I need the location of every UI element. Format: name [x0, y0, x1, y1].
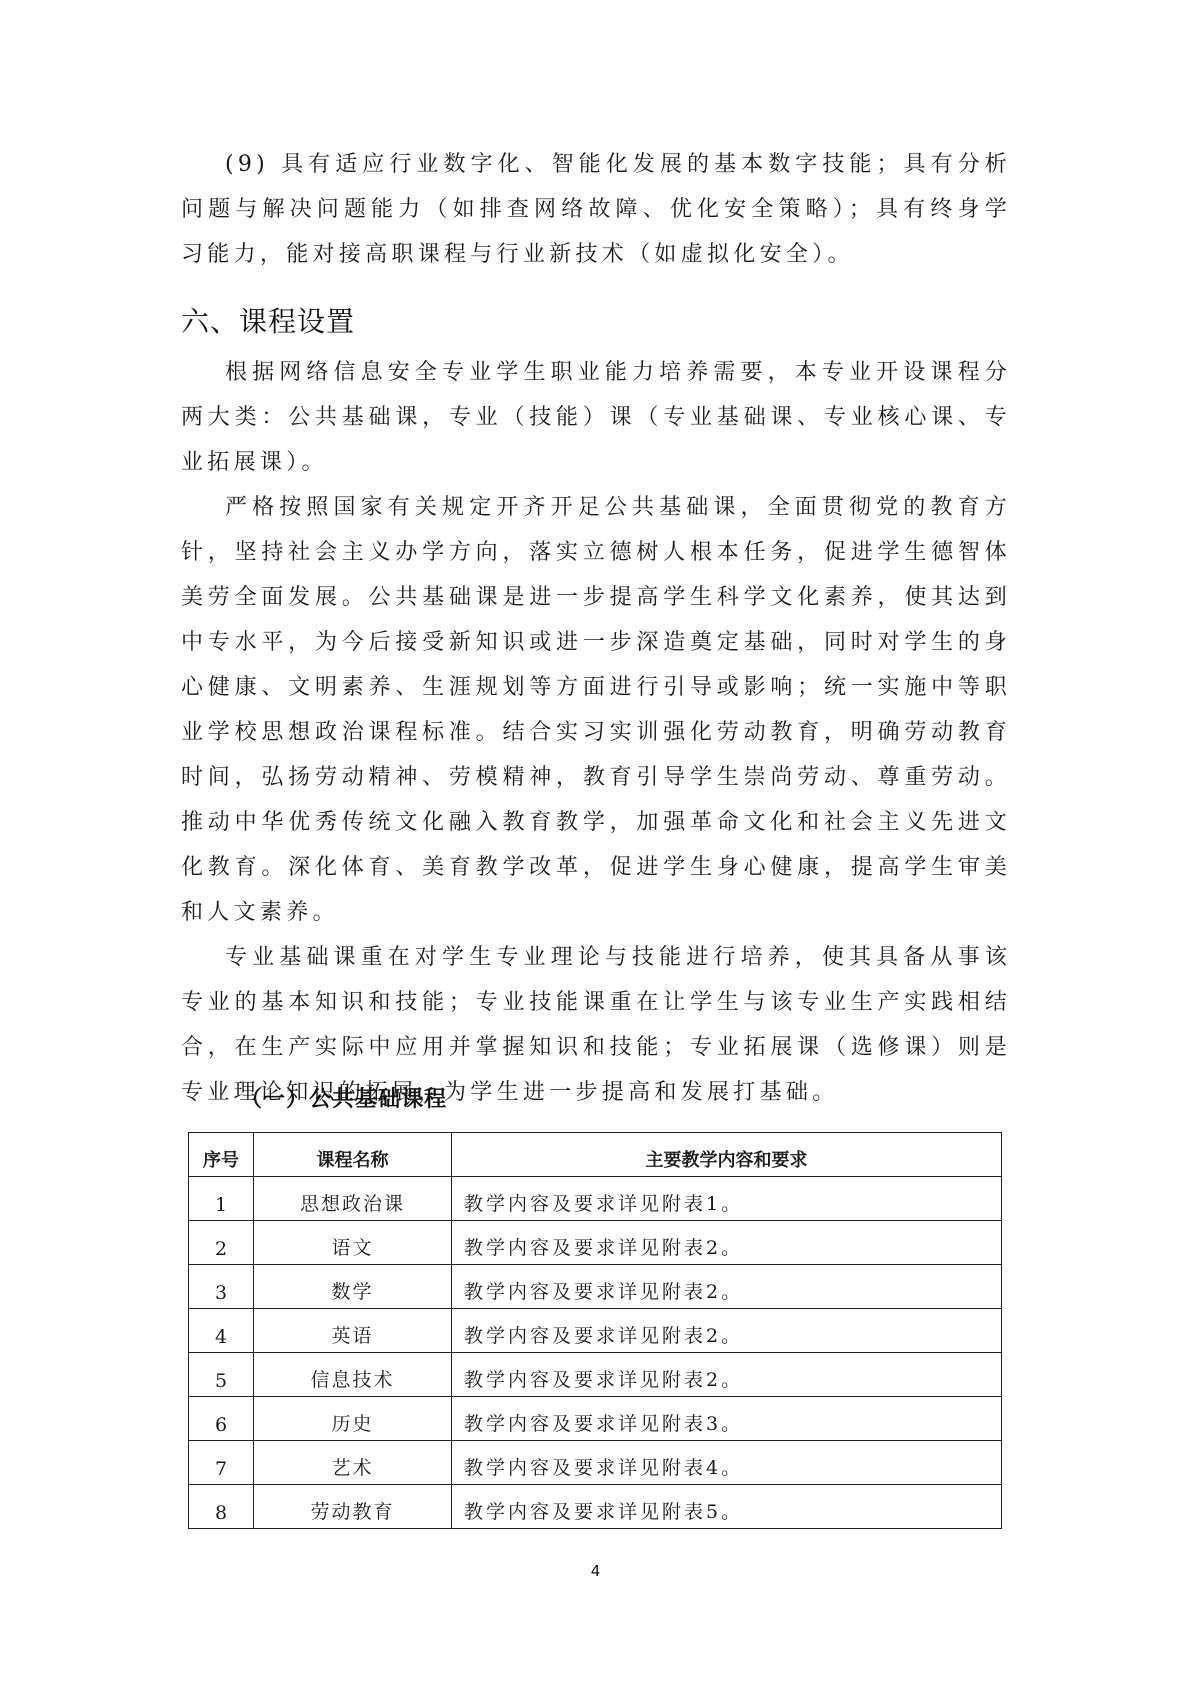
cell-number: 8 [189, 1485, 254, 1529]
table-row: 4 英语 教学内容及要求详见附表2。 [189, 1309, 1002, 1353]
cell-course-name: 历史 [254, 1397, 452, 1441]
page-number: 4 [0, 1562, 1191, 1580]
cell-number: 6 [189, 1397, 254, 1441]
cell-requirements: 教学内容及要求详见附表1。 [452, 1177, 1002, 1221]
cell-course-name: 数学 [254, 1265, 452, 1309]
table-row: 1 思想政治课 教学内容及要求详见附表1。 [189, 1177, 1002, 1221]
cell-requirements: 教学内容及要求详见附表5。 [452, 1485, 1002, 1529]
cell-course-name: 思想政治课 [254, 1177, 452, 1221]
header-number: 序号 [189, 1133, 254, 1177]
table-row: 5 信息技术 教学内容及要求详见附表2。 [189, 1353, 1002, 1397]
cell-number: 7 [189, 1441, 254, 1485]
cell-number: 5 [189, 1353, 254, 1397]
table-row: 2 语文 教学内容及要求详见附表2。 [189, 1221, 1002, 1265]
section-title: 六、课程设置 [181, 300, 355, 340]
cell-number: 4 [189, 1309, 254, 1353]
cell-requirements: 教学内容及要求详见附表2。 [452, 1309, 1002, 1353]
subsection-title: （一）公共基础课程 [240, 1082, 447, 1113]
cell-course-name: 语文 [254, 1221, 452, 1265]
table-row: 7 艺术 教学内容及要求详见附表4。 [189, 1441, 1002, 1485]
header-content-requirements: 主要教学内容和要求 [452, 1133, 1002, 1177]
header-course-name: 课程名称 [254, 1133, 452, 1177]
cell-course-name: 英语 [254, 1309, 452, 1353]
table-row: 3 数学 教学内容及要求详见附表2。 [189, 1265, 1002, 1309]
item-9-paragraph: (9) 具有适应行业数字化、智能化发展的基本数字技能；具有分析问题与解决问题能力… [181, 142, 1011, 277]
document-page: (9) 具有适应行业数字化、智能化发展的基本数字技能；具有分析问题与解决问题能力… [0, 0, 1191, 1684]
cell-requirements: 教学内容及要求详见附表2。 [452, 1353, 1002, 1397]
cell-requirements: 教学内容及要求详见附表3。 [452, 1397, 1002, 1441]
section-body: 根据网络信息安全专业学生职业能力培养需要，本专业开设课程分两大类：公共基础课，专… [181, 350, 1011, 1115]
paragraph-public-foundation: 严格按照国家有关规定开齐开足公共基础课，全面贯彻党的教育方针，坚持社会主义办学方… [181, 485, 1011, 935]
public-foundation-course-table: 序号 课程名称 主要教学内容和要求 1 思想政治课 教学内容及要求详见附表1。 … [188, 1132, 1002, 1529]
cell-number: 3 [189, 1265, 254, 1309]
cell-course-name: 信息技术 [254, 1353, 452, 1397]
cell-number: 1 [189, 1177, 254, 1221]
cell-requirements: 教学内容及要求详见附表2。 [452, 1265, 1002, 1309]
cell-requirements: 教学内容及要求详见附表2。 [452, 1221, 1002, 1265]
table-header-row: 序号 课程名称 主要教学内容和要求 [189, 1133, 1002, 1177]
cell-course-name: 劳动教育 [254, 1485, 452, 1529]
cell-course-name: 艺术 [254, 1441, 452, 1485]
cell-number: 2 [189, 1221, 254, 1265]
paragraph-course-categories: 根据网络信息安全专业学生职业能力培养需要，本专业开设课程分两大类：公共基础课，专… [181, 350, 1011, 485]
item-9-block: (9) 具有适应行业数字化、智能化发展的基本数字技能；具有分析问题与解决问题能力… [181, 142, 1011, 277]
cell-requirements: 教学内容及要求详见附表4。 [452, 1441, 1002, 1485]
table-row: 8 劳动教育 教学内容及要求详见附表5。 [189, 1485, 1002, 1529]
table-row: 6 历史 教学内容及要求详见附表3。 [189, 1397, 1002, 1441]
